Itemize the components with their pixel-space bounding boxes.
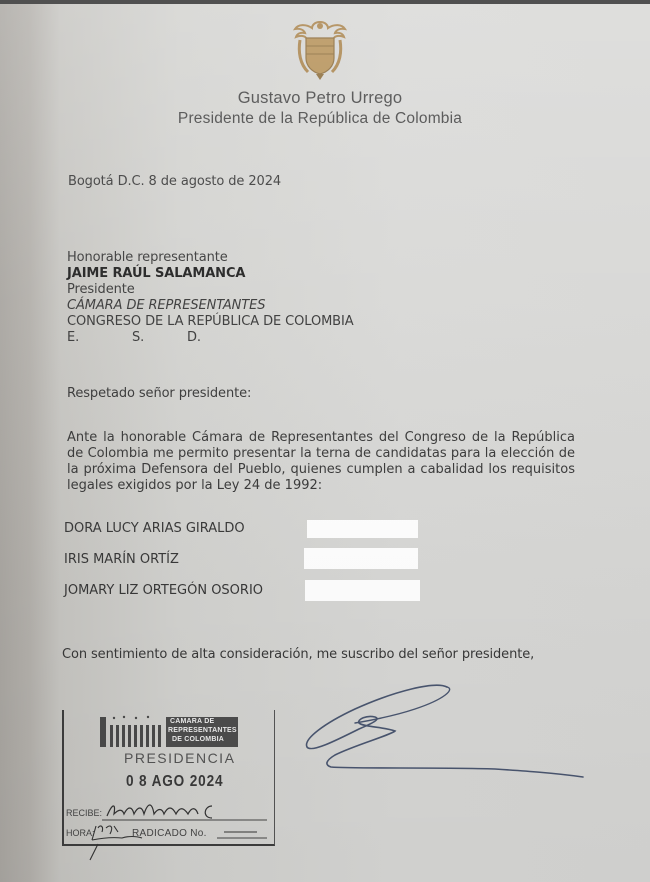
addressee-name: JAIME RAÚL SALAMANCA	[67, 266, 354, 282]
candidate-3-name: JOMARY LIZ ORTEGÓN OSORIO	[64, 583, 263, 598]
addressee-salutation: Honorable representante	[67, 250, 354, 266]
body-paragraph: Ante la honorable Cámara de Representant…	[67, 430, 575, 494]
candidate-1-name: DORA LUCY ARIAS GIRALDO	[64, 521, 245, 536]
greeting: Respetado señor presidente:	[67, 386, 251, 401]
esd-d: D.	[187, 330, 201, 346]
addressee-block: Honorable representante JAIME RAÚL SALAM…	[67, 250, 354, 346]
esd-line: E.S.D.	[67, 330, 354, 346]
esd-s: S.	[132, 330, 187, 346]
signature-icon	[295, 675, 585, 785]
reception-stamp: CAMARA DE REPRESENTANTES DE COLOMBIA PRE…	[62, 710, 277, 844]
redaction-box-1	[307, 520, 418, 538]
stamp-handwriting-icon	[62, 710, 277, 870]
addressee-role: Presidente	[67, 282, 354, 298]
esd-e: E.	[67, 330, 132, 346]
closing-line: Con sentimiento de alta consideración, m…	[62, 647, 534, 662]
letterhead-title: Presidente de la República de Colombia	[0, 110, 640, 128]
photo-top-edge	[0, 0, 650, 4]
addressee-congress: CONGRESO DE LA REPÚBLICA DE COLOMBIA	[67, 314, 354, 330]
redaction-box-3	[305, 580, 420, 601]
date-line: Bogotá D.C. 8 de agosto de 2024	[68, 174, 281, 189]
colombia-coat-of-arms-icon	[292, 18, 348, 80]
addressee-chamber: CÁMARA DE REPRESENTANTES	[67, 298, 354, 314]
candidate-2-name: IRIS MARÍN ORTÍZ	[64, 552, 179, 567]
letterhead-name: Gustavo Petro Urrego	[0, 89, 640, 108]
redaction-box-2	[304, 548, 418, 569]
